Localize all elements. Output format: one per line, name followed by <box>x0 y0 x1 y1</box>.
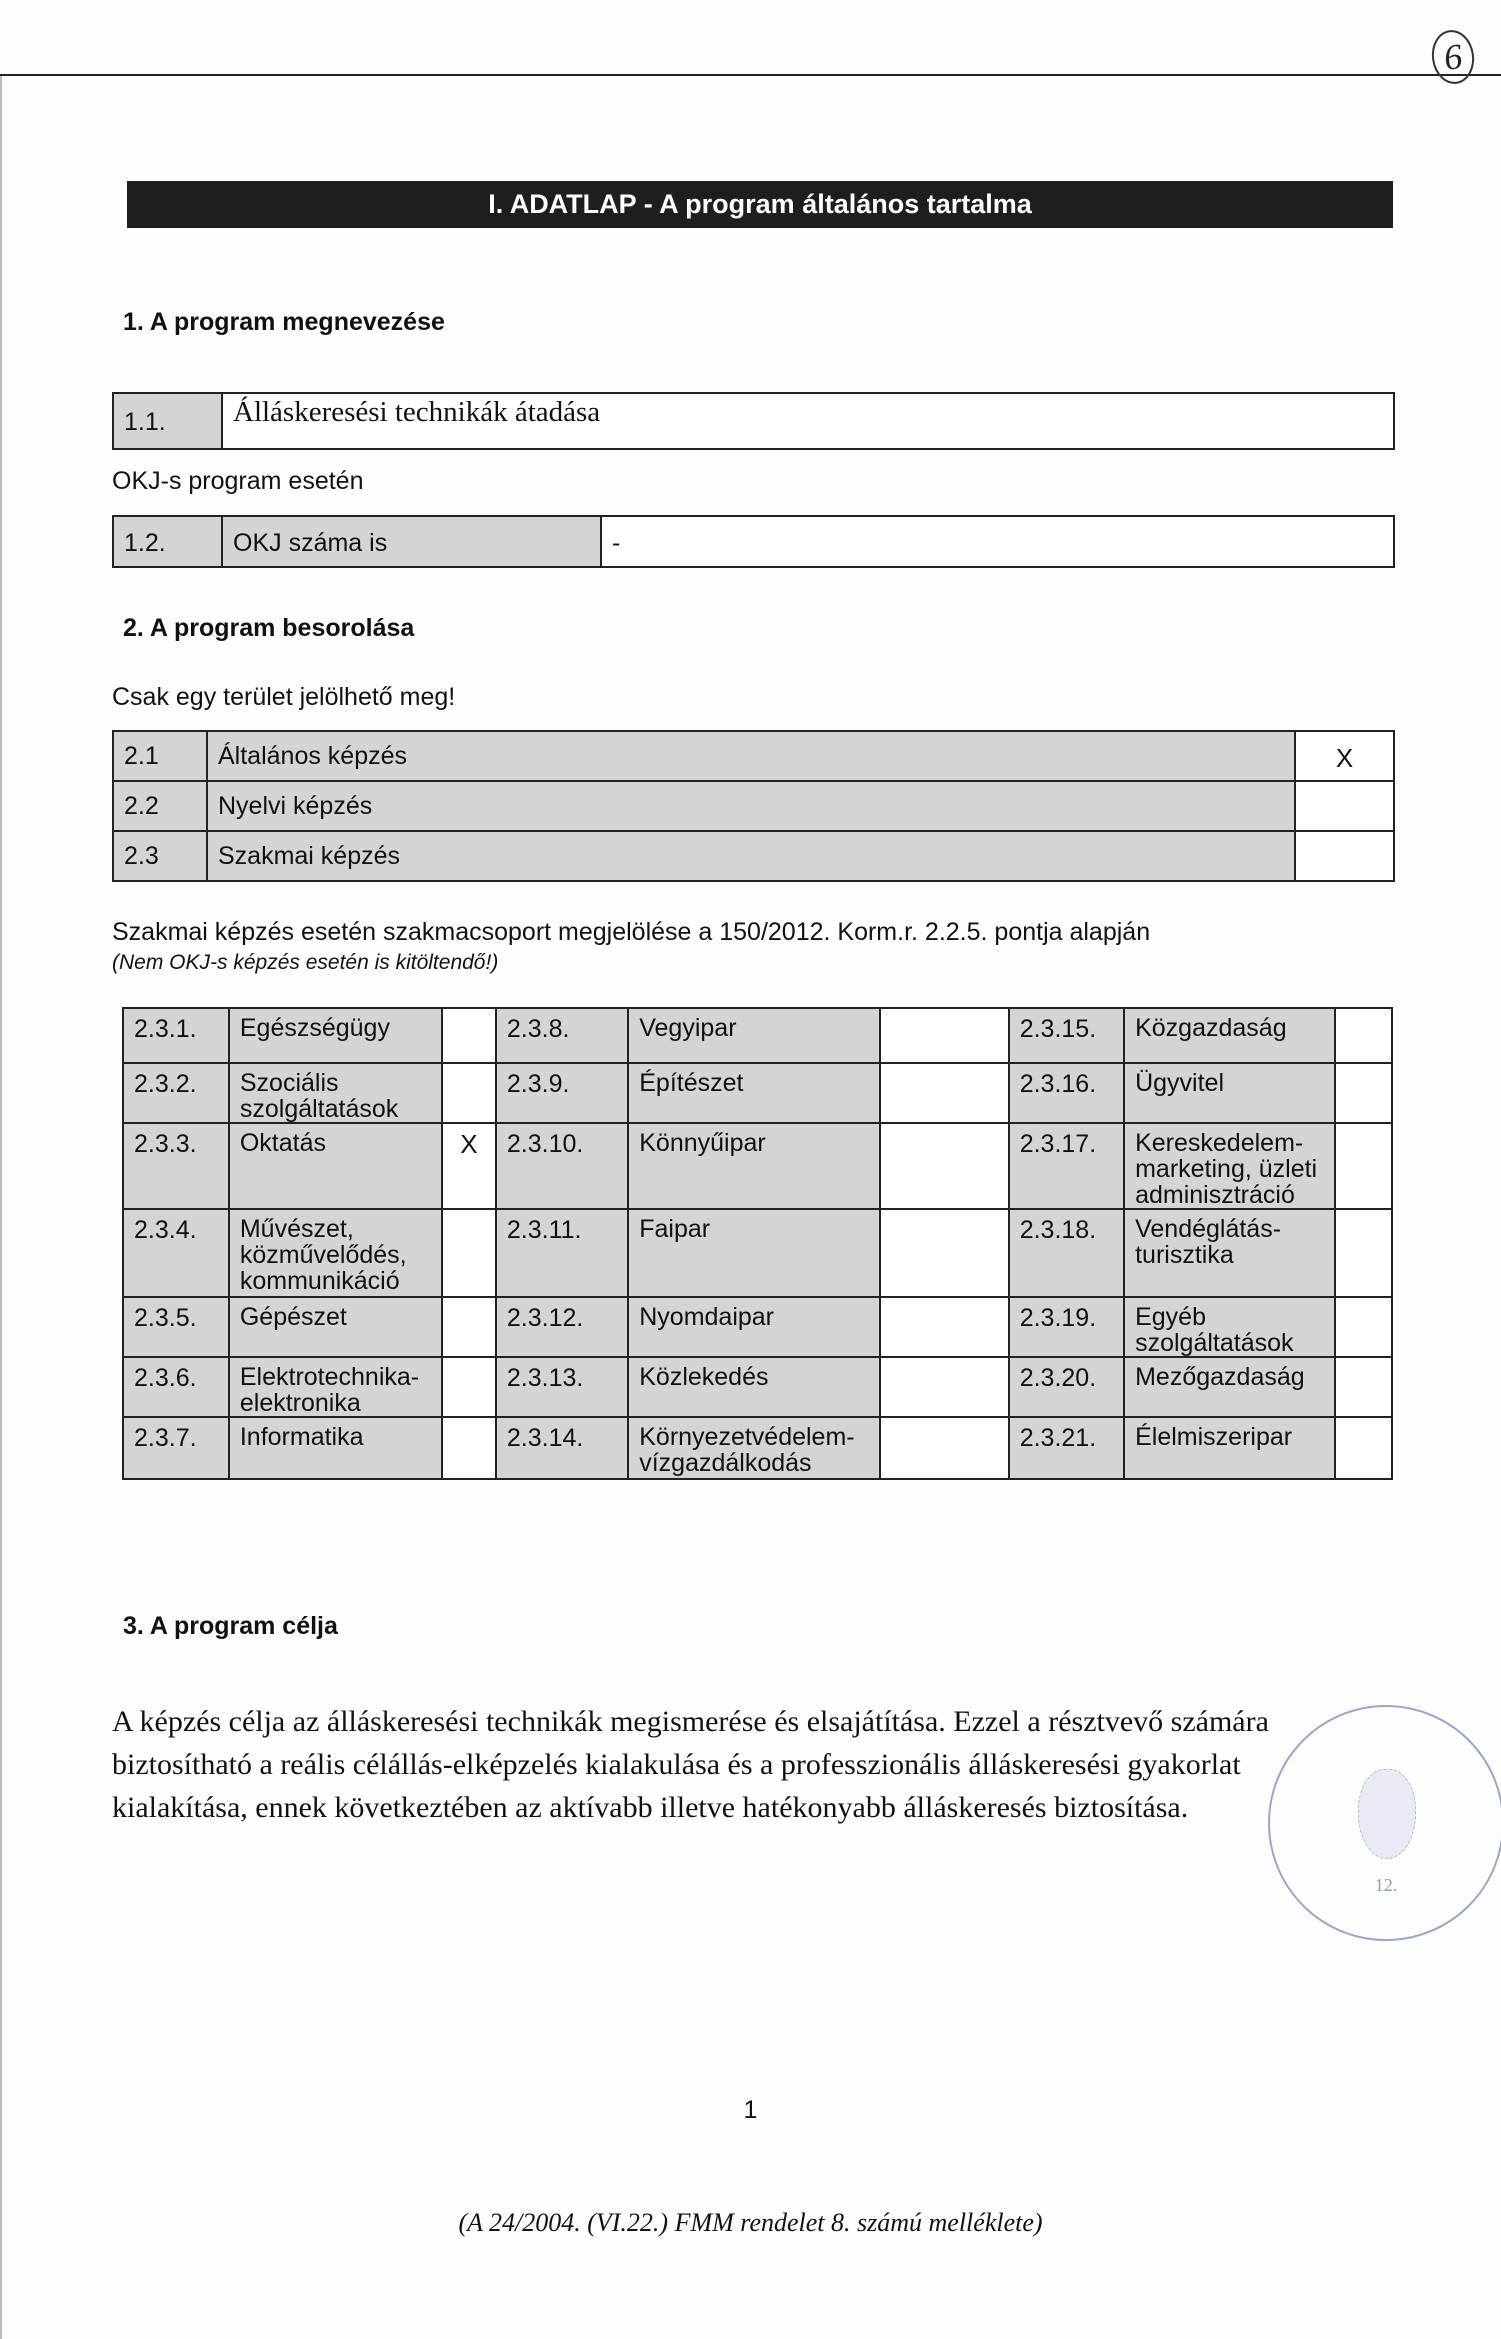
szakmacsoport-label-cell: Közlekedés <box>628 1357 879 1417</box>
szakmacsoport-checkbox[interactable] <box>442 1297 496 1357</box>
classification-row: 2.3Szakmai képzés <box>113 831 1394 881</box>
szakmacsoport-row: 2.3.5.Gépészet2.3.12.Nyomdaipar2.3.19.Eg… <box>123 1297 1392 1357</box>
szakmacsoport-number-cell: 2.3.12. <box>496 1297 628 1357</box>
coat-of-arms-icon <box>1358 1769 1416 1859</box>
szakmacsoport-table: 2.3.1.Egészségügy2.3.8.Vegyipar2.3.15.Kö… <box>122 1007 1393 1480</box>
szakmacsoport-number-cell: 2.3.5. <box>123 1297 229 1357</box>
szakmacsoport-label-cell: Könnyűipar <box>628 1123 879 1209</box>
szakmacsoport-checkbox[interactable] <box>1335 1063 1392 1123</box>
classification-row: 2.2Nyelvi képzés <box>113 781 1394 831</box>
szakmacsoport-checkbox[interactable] <box>1335 1417 1392 1479</box>
szakmacsoport-number-cell: 2.3.7. <box>123 1417 229 1479</box>
classification-label-cell: Szakmai képzés <box>207 831 1295 881</box>
szakmacsoport-label-cell: Közgazdaság <box>1124 1008 1335 1063</box>
szakmacsoport-number-cell: 2.3.4. <box>123 1209 229 1297</box>
szakmacsoport-checkbox[interactable] <box>442 1008 496 1063</box>
szakmacsoport-label-cell: Faipar <box>628 1209 879 1297</box>
szakmacsoport-checkbox[interactable] <box>442 1063 496 1123</box>
top-rule <box>0 74 1501 76</box>
szakmacsoport-checkbox[interactable] <box>1335 1357 1392 1417</box>
szakmacsoport-number-cell: 2.3.6. <box>123 1357 229 1417</box>
okj-number-value: - <box>602 517 1393 558</box>
szakmacsoport-checkbox[interactable] <box>880 1123 1009 1209</box>
szakmacsoport-label-cell: Ügyvitel <box>1124 1063 1335 1123</box>
szakmacsoport-label-cell: Élelmiszeripar <box>1124 1417 1335 1479</box>
szakmacsoport-checkbox[interactable] <box>1335 1123 1392 1209</box>
szakmacsoport-row: 2.3.4.Művészet, közművelődés, kommunikác… <box>123 1209 1392 1297</box>
szakmacsoport-label-cell: Vendéglátás-turisztika <box>1124 1209 1335 1297</box>
szakmacsoport-number-cell: 2.3.14. <box>496 1417 628 1479</box>
seal-number: 12. <box>1270 1875 1501 1896</box>
classification-label-cell: Általános képzés <box>207 731 1295 781</box>
szakmacsoport-number-cell: 2.3.18. <box>1009 1209 1124 1297</box>
okj-number-field[interactable]: - <box>601 516 1394 567</box>
row-1-1-number-cell: 1.1. <box>113 393 222 449</box>
szakmacsoport-note: Szakmai képzés esetén szakmacsoport megj… <box>112 918 1150 947</box>
szakmacsoport-checkbox[interactable] <box>880 1008 1009 1063</box>
okj-number-label-cell: OKJ száma is <box>222 516 601 567</box>
szakmacsoport-number-cell: 2.3.3. <box>123 1123 229 1209</box>
szakmacsoport-row: 2.3.7.Informatika2.3.14.Környezetvédelem… <box>123 1417 1392 1479</box>
szakmacsoport-number-cell: 2.3.15. <box>1009 1008 1124 1063</box>
szakmacsoport-note-italic: (Nem OKJ-s képzés esetén is kitöltendő!) <box>112 951 498 975</box>
classification-label-cell: Nyelvi képzés <box>207 781 1295 831</box>
classification-checkbox[interactable] <box>1295 781 1394 831</box>
szakmacsoport-checkbox[interactable] <box>880 1357 1009 1417</box>
szakmacsoport-number-cell: 2.3.8. <box>496 1008 628 1063</box>
szakmacsoport-checkbox[interactable] <box>1335 1209 1392 1297</box>
szakmacsoport-row: 2.3.1.Egészségügy2.3.8.Vegyipar2.3.15.Kö… <box>123 1008 1392 1063</box>
szakmacsoport-checkbox[interactable] <box>880 1297 1009 1357</box>
szakmacsoport-checkbox[interactable] <box>880 1417 1009 1479</box>
classification-number-cell: 2.2 <box>113 781 207 831</box>
section-1-title: 1. A program megnevezése <box>123 308 445 337</box>
classification-checkbox[interactable]: X <box>1295 731 1394 781</box>
szakmacsoport-checkbox[interactable] <box>442 1209 496 1297</box>
szakmacsoport-row: 2.3.2.Szociális szolgáltatások2.3.9.Épít… <box>123 1063 1392 1123</box>
classification-number-cell: 2.1 <box>113 731 207 781</box>
classification-table: 2.1Általános képzésX2.2Nyelvi képzés2.3S… <box>112 730 1395 882</box>
szakmacsoport-label-cell: Szociális szolgáltatások <box>229 1063 442 1123</box>
official-seal-icon: 12. <box>1268 1705 1501 1941</box>
classification-row: 2.1Általános képzésX <box>113 731 1394 781</box>
szakmacsoport-checkbox[interactable] <box>880 1209 1009 1297</box>
page-number: 1 <box>0 2096 1501 2125</box>
szakmacsoport-row: 2.3.6.Elektrotechnika-elektronika2.3.13.… <box>123 1357 1392 1417</box>
program-name-field[interactable]: Álláskeresési technikák átadása <box>222 393 1394 449</box>
program-goal-paragraph: A képzés célja az álláskeresési techniká… <box>112 1700 1352 1829</box>
szakmacsoport-label-cell: Kereskedelem-marketing, üzleti adminiszt… <box>1124 1123 1335 1209</box>
szakmacsoport-number-cell: 2.3.17. <box>1009 1123 1124 1209</box>
szakmacsoport-number-cell: 2.3.2. <box>123 1063 229 1123</box>
szakmacsoport-label-cell: Nyomdaipar <box>628 1297 879 1357</box>
section-2-instruction: Csak egy terület jelölhető meg! <box>112 683 455 712</box>
szakmacsoport-checkbox[interactable] <box>880 1063 1009 1123</box>
szakmacsoport-checkbox[interactable] <box>1335 1008 1392 1063</box>
szakmacsoport-checkbox[interactable] <box>442 1357 496 1417</box>
szakmacsoport-label-cell: Oktatás <box>229 1123 442 1209</box>
szakmacsoport-checkbox[interactable] <box>1335 1297 1392 1357</box>
szakmacsoport-label-cell: Mezőgazdaság <box>1124 1357 1335 1417</box>
program-name-value: Álláskeresési technikák átadása <box>223 394 1393 427</box>
row-1-2-number-cell: 1.2. <box>113 516 222 567</box>
legal-footer: (A 24/2004. (VI.22.) FMM rendelet 8. szá… <box>0 2208 1501 2238</box>
szakmacsoport-number-cell: 2.3.1. <box>123 1008 229 1063</box>
szakmacsoport-label-cell: Vegyipar <box>628 1008 879 1063</box>
szakmacsoport-label-cell: Művészet, közművelődés, kommunikáció <box>229 1209 442 1297</box>
szakmacsoport-label-cell: Egészségügy <box>229 1008 442 1063</box>
szakmacsoport-label-cell: Gépészet <box>229 1297 442 1357</box>
szakmacsoport-checkbox[interactable]: X <box>442 1123 496 1209</box>
szakmacsoport-number-cell: 2.3.20. <box>1009 1357 1124 1417</box>
handwritten-page-mark: 6 <box>1428 27 1477 86</box>
classification-checkbox[interactable] <box>1295 831 1394 881</box>
program-name-table: 1.1. Álláskeresési technikák átadása <box>112 392 1395 450</box>
szakmacsoport-number-cell: 2.3.10. <box>496 1123 628 1209</box>
szakmacsoport-label-cell: Környezetvédelem-vízgazdálkodás <box>628 1417 879 1479</box>
szakmacsoport-number-cell: 2.3.11. <box>496 1209 628 1297</box>
szakmacsoport-label-cell: Egyéb szolgáltatások <box>1124 1297 1335 1357</box>
szakmacsoport-number-cell: 2.3.19. <box>1009 1297 1124 1357</box>
szakmacsoport-row: 2.3.3.OktatásX2.3.10.Könnyűipar2.3.17.Ke… <box>123 1123 1392 1209</box>
classification-number-cell: 2.3 <box>113 831 207 881</box>
form-header-bar: I. ADATLAP - A program általános tartalm… <box>127 181 1393 228</box>
szakmacsoport-label-cell: Építészet <box>628 1063 879 1123</box>
section-2-title: 2. A program besorolása <box>123 614 414 643</box>
szakmacsoport-number-cell: 2.3.9. <box>496 1063 628 1123</box>
okj-label: OKJ-s program esetén <box>112 467 364 496</box>
szakmacsoport-number-cell: 2.3.16. <box>1009 1063 1124 1123</box>
szakmacsoport-checkbox[interactable] <box>442 1417 496 1479</box>
okj-number-table: 1.2. OKJ száma is - <box>112 515 1395 568</box>
szakmacsoport-number-cell: 2.3.13. <box>496 1357 628 1417</box>
section-3-title: 3. A program célja <box>123 1612 338 1641</box>
szakmacsoport-label-cell: Informatika <box>229 1417 442 1479</box>
szakmacsoport-number-cell: 2.3.21. <box>1009 1417 1124 1479</box>
szakmacsoport-label-cell: Elektrotechnika-elektronika <box>229 1357 442 1417</box>
page-left-edge <box>0 76 2 2339</box>
